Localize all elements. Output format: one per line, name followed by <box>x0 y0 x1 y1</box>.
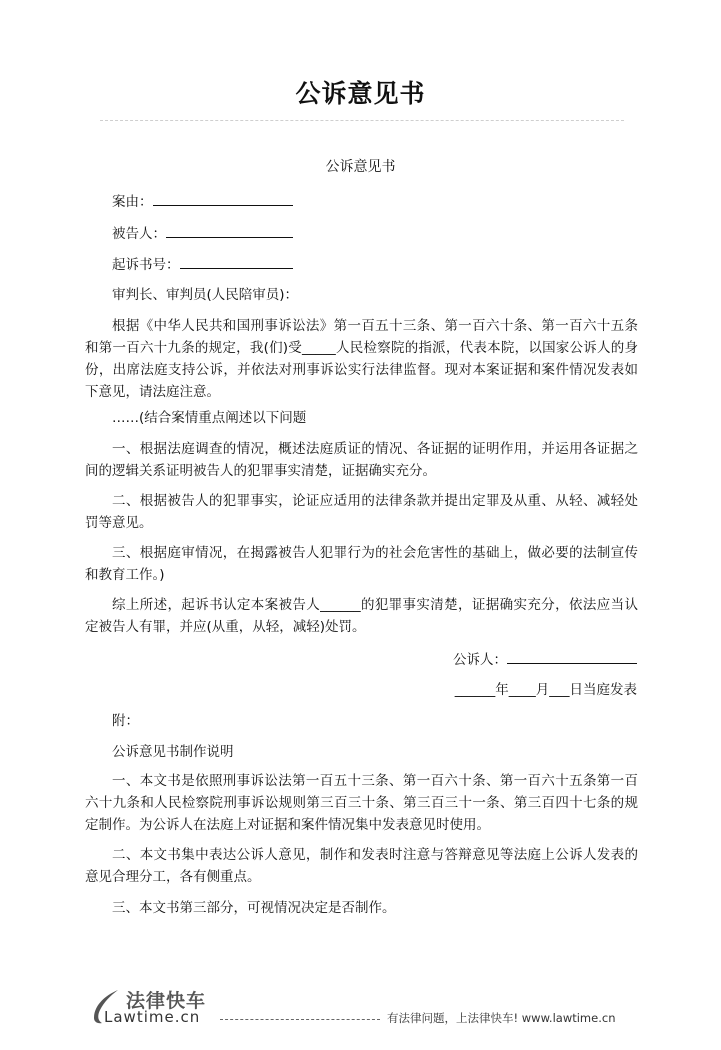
document-subtitle: 公诉意见书 <box>0 156 721 176</box>
prosecutor-label: 公诉人： <box>453 652 507 668</box>
case-cause-blank <box>153 191 293 206</box>
appendix-item-3: 三、本文书第三部分，可视情况决定是否制作。 <box>85 897 638 919</box>
prosecutor-signature: 公诉人： <box>453 648 637 668</box>
indictment-number-blank <box>180 254 293 269</box>
point-two-paragraph: 二、根据被告人的犯罪事实，论证应适用的法律条款并提出定罪及从重、从轻、减轻处罚等… <box>85 490 638 534</box>
appendix-label: 附： <box>112 709 139 729</box>
footer: 法律快车 Lawtime.cn 有法律问题，上法律快车! www.lawtime… <box>90 986 640 1026</box>
page-title: 公诉意见书 <box>0 74 721 110</box>
defendant-field: 被告人： <box>112 222 293 242</box>
case-cause-label: 案由： <box>112 194 153 210</box>
conclusion-paragraph: 综上所述，起诉书认定本案被告人______的犯罪事实清楚，证据确实充分，依法应当… <box>85 594 638 638</box>
focus-paragraph: ……(结合案情重点阐述以下问题 <box>85 407 638 429</box>
point-one-paragraph: 一、根据法庭调查的情况，概述法庭质证的情况、各证据的证明作用，并运用各证据之间的… <box>85 438 638 482</box>
title-divider <box>100 120 624 121</box>
appendix-item-1: 一、本文书是依照刑事诉讼法第一百五十三条、第一百六十条、第一百六十五条第一百六十… <box>85 770 638 836</box>
defendant-label: 被告人： <box>112 226 166 242</box>
intro-paragraph: 根据《中华人民共和国刑事诉讼法》第一百五十三条、第一百六十条、第一百六十五条和第… <box>85 315 638 403</box>
footer-slogan[interactable]: 有法律问题，上法律快车! www.lawtime.cn <box>387 1010 615 1026</box>
appendix-title: 公诉意见书制作说明 <box>112 740 234 760</box>
case-cause-field: 案由： <box>112 190 293 210</box>
defendant-blank <box>166 223 293 238</box>
indictment-number-label: 起诉书号： <box>112 257 180 273</box>
appendix-item-2: 二、本文书集中表达公诉人意见，制作和发表时注意与答辩意见等法庭上公诉人发表的意见… <box>85 844 638 888</box>
logo-english: Lawtime.cn <box>104 1008 200 1026</box>
point-three-paragraph: 三、根据庭审情况，在揭露被告人犯罪行为的社会危害性的基础上，做必要的法制宣传和教… <box>85 542 638 586</box>
date-line: ______年____月___日当庭发表 <box>455 678 637 698</box>
footer-divider <box>220 1019 380 1020</box>
prosecutor-blank <box>507 649 637 664</box>
court-address-line: 审判长、审判员(人民陪审员)： <box>112 283 298 303</box>
indictment-number-field: 起诉书号： <box>112 253 293 273</box>
